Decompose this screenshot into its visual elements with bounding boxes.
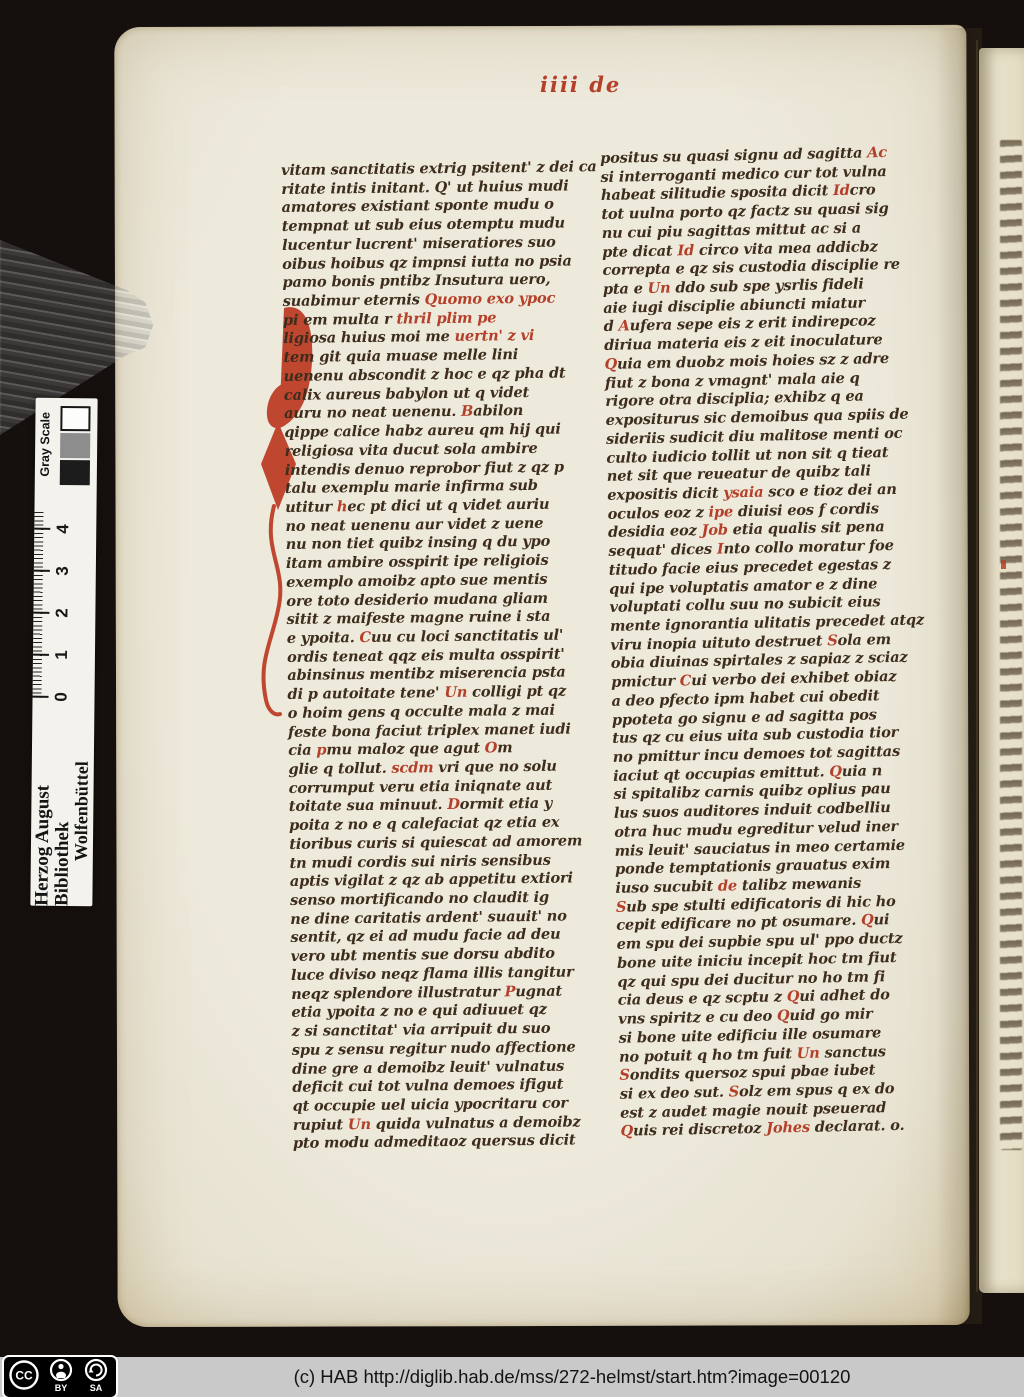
cc-license-badge: CC BY SA	[2, 1355, 118, 1397]
credit-text: (c) HAB http://diglib.hab.de/mss/272-hel…	[120, 1357, 1024, 1397]
running-title: iiii de	[540, 72, 680, 97]
cc-by-sa-icons: CC BY SA	[4, 1357, 112, 1393]
gray-scale-target: Gray Scale	[35, 398, 98, 492]
calibration-ruler-strip: Herzog August Bibliothek Wolfenbüttel 01…	[30, 398, 97, 907]
text-column-right: positus su quasi signu ad sagitta Acsi i…	[600, 144, 927, 1142]
ruler-minor-ticks	[33, 512, 44, 698]
ruler-scale: 01234	[32, 491, 96, 717]
svg-text:BY: BY	[55, 1383, 68, 1393]
svg-text:CC: CC	[15, 1369, 33, 1383]
facing-page-rubric-mark	[1001, 560, 1006, 569]
gray-swatch-black	[60, 460, 90, 485]
book-gutter-crease	[976, 40, 978, 1292]
digitized-manuscript-viewer: iiii de vitam sanctitatis extrig psitent…	[0, 0, 1024, 1397]
gray-swatch-mid	[60, 433, 90, 458]
facing-page-text-sliver	[1000, 140, 1022, 1150]
gray-scale-label: Gray Scale	[38, 398, 53, 491]
facing-page-edge	[979, 48, 1024, 1293]
gray-swatch-white	[60, 406, 90, 431]
sa-arrow-icon	[86, 1360, 106, 1380]
svg-text:SA: SA	[90, 1383, 103, 1393]
gray-scale-swatches	[60, 406, 91, 485]
library-name-label: Herzog August Bibliothek Wolfenbüttel	[30, 716, 94, 907]
text-column-left: vitam sanctitatis extrig psitent' z dei …	[281, 158, 593, 1154]
